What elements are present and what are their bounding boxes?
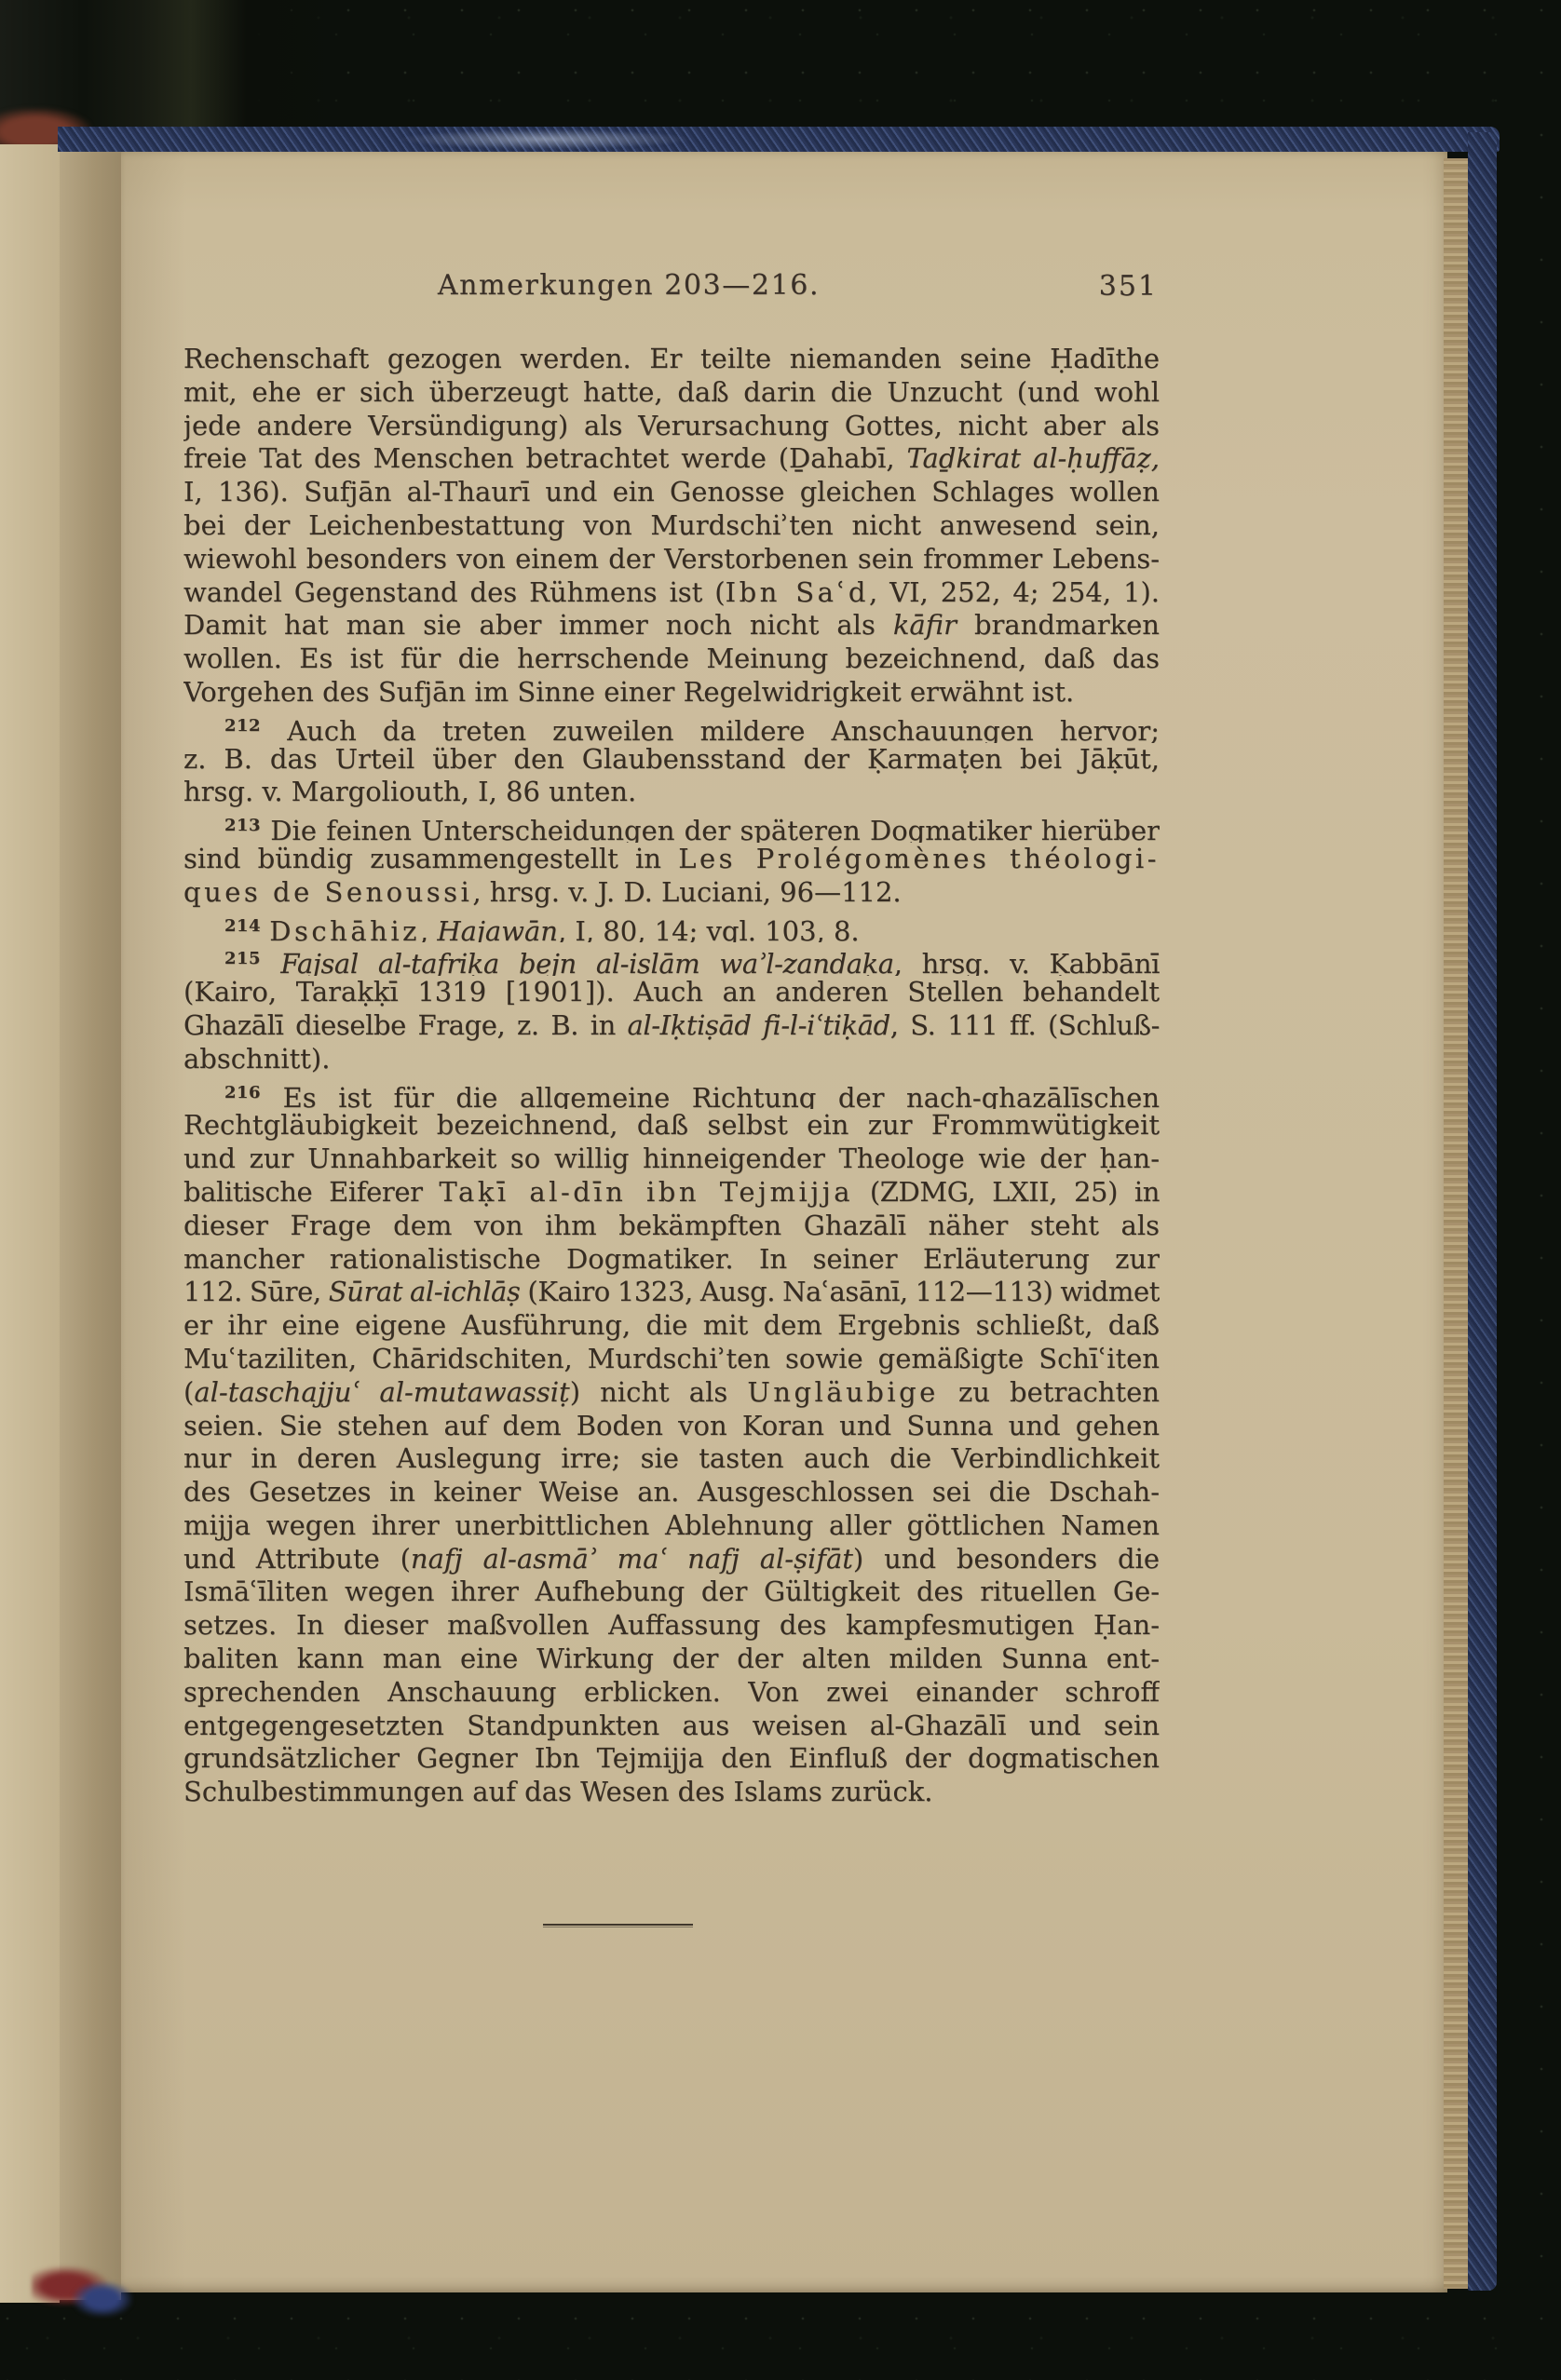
text-line: Rechenschaft gezogen werden. Er teilte n… bbox=[183, 343, 1160, 376]
text-segment: Rechtgläubigkeit bezeichnend, daß selbst… bbox=[183, 1109, 1160, 1141]
text-segment: Dschāḥiẓ bbox=[269, 915, 420, 943]
header-title: Anmerkungen 203—216. bbox=[141, 269, 1117, 302]
text-segment: Rechenschaft gezogen werden. Er teilte n… bbox=[183, 343, 1160, 374]
text-line: hrsg. v. Margoliouth, I, 86 unten. bbox=[183, 776, 1160, 809]
text-segment: entgegengesetzten Standpunkten aus weise… bbox=[183, 1710, 1160, 1741]
text-line: sind bündig zusammengestellt in Les Prol… bbox=[183, 843, 1160, 876]
text-line: Muʿtaziliten, Chāridschiten, Murdschiʾte… bbox=[183, 1343, 1160, 1376]
text-segment: Muʿtaziliten, Chāridschiten, Murdschiʾte… bbox=[183, 1343, 1160, 1374]
text-line: bei der Leichenbestattung von Murdschiʾt… bbox=[183, 509, 1160, 543]
text-segment: sprechenden Anschauung erblicken. Von zw… bbox=[183, 1676, 1160, 1708]
text-line: freie Tat des Menschen betrachtet werde … bbox=[183, 442, 1160, 476]
text-segment: Ibn Saʿd bbox=[726, 576, 869, 608]
text-segment: balitische Eiferer bbox=[183, 1176, 439, 1208]
text-line: er ihr eine eigene Ausführung, die mit d… bbox=[183, 1309, 1160, 1343]
text-segment: des Gesetzes in keiner Weise an. Ausgesc… bbox=[183, 1476, 1160, 1508]
text-segment: al-taschajjuʿ al-mutawassiṭ bbox=[194, 1376, 569, 1408]
text-segment: , hrsg. v. J. D. Luciani, 96—112. bbox=[472, 876, 901, 908]
text-segment: , I, 80, 14; vgl. 103, 8. bbox=[558, 915, 860, 943]
footnote-number: 215 bbox=[224, 949, 261, 968]
text-line: mijja wegen ihrer unerbittlichen Ablehnu… bbox=[183, 1509, 1160, 1543]
text-segment: al-Iḳtiṣād fi-l-iʿtiḳād bbox=[627, 1009, 889, 1041]
text-line: abschnitt). bbox=[183, 1043, 1160, 1076]
text-line: Rechtgläubigkeit bezeichnend, daß selbst… bbox=[183, 1109, 1160, 1143]
text-segment: brandmarken bbox=[957, 609, 1160, 641]
text-segment: (Kairo 1323, Ausg. Naʿasānī, 112—113) wi… bbox=[520, 1276, 1160, 1307]
text-line: 212 Auch da treten zuweilen mildere Ansc… bbox=[183, 710, 1160, 743]
text-segment: ques de Senoussi bbox=[183, 876, 472, 908]
text-segment: mit, ehe er sich überzeugt hatte, daß da… bbox=[183, 376, 1160, 408]
text-line: 216 Es ist für die allgemeine Richtung d… bbox=[183, 1076, 1160, 1110]
text-segment: ) und besonders die bbox=[853, 1543, 1160, 1575]
text-segment: wiewohl besonders von einem der Verstorb… bbox=[183, 543, 1160, 575]
text-line: wollen. Es ist für die herrschende Meinu… bbox=[183, 642, 1160, 676]
footnote-number: 212 bbox=[224, 716, 261, 736]
text-line: jede andere Versündigung) als Verursachu… bbox=[183, 410, 1160, 443]
text-segment: zu betrachten bbox=[939, 1376, 1160, 1408]
text-segment: mijja wegen ihrer unerbittlichen Ablehnu… bbox=[183, 1509, 1160, 1541]
text-line: und zur Unnahbarkeit so willig hinneigen… bbox=[183, 1143, 1160, 1176]
text-segment: und zur Unnahbarkeit so willig hinneigen… bbox=[183, 1143, 1160, 1174]
text-segment: mancher rationalistische Dogmatiker. In … bbox=[183, 1243, 1160, 1275]
text-segment: Damit hat man sie aber immer noch nicht … bbox=[183, 609, 893, 641]
text-segment: baliten kann man eine Wirkung der der al… bbox=[183, 1643, 1160, 1674]
section-divider bbox=[543, 1924, 693, 1927]
text-line: dieser Frage dem von ihm bekämpften Ghaz… bbox=[183, 1210, 1160, 1243]
page-number: 351 bbox=[1099, 270, 1158, 303]
text-segment: sind bündig zusammengestellt in bbox=[183, 843, 678, 874]
text-segment: z. B. das Urteil über den Glaubensstand … bbox=[183, 743, 1160, 775]
text-segment: freie Tat des Menschen betrachtet werde … bbox=[183, 442, 906, 474]
text-line: sprechenden Anschauung erblicken. Von zw… bbox=[183, 1676, 1160, 1710]
text-line: und Attribute (nafj al-asmāʾ maʿ nafj al… bbox=[183, 1543, 1160, 1576]
text-line: des Gesetzes in keiner Weise an. Ausgesc… bbox=[183, 1476, 1160, 1509]
book-scan-photo: { "scan": { "header": { "title": "Anmerk… bbox=[0, 0, 1561, 2380]
text-line: balitische Eiferer Taḳī al-dīn ibn Tejmi… bbox=[183, 1176, 1160, 1210]
text-line: wandel Gegenstand des Rühmens ist (Ibn S… bbox=[183, 576, 1160, 610]
text-segment: , VI, 252, 4; 254, 1). bbox=[869, 576, 1160, 608]
text-segment: abschnitt). bbox=[183, 1043, 330, 1075]
text-line: setzes. In dieser maßvollen Auffassung d… bbox=[183, 1609, 1160, 1643]
text-segment: und Attribute ( bbox=[183, 1543, 411, 1575]
text-segment: wandel Gegenstand des Rühmens ist ( bbox=[183, 576, 726, 608]
text-segment: Taḳī al-dīn ibn Tejmijja bbox=[439, 1176, 853, 1208]
text-segment: er ihr eine eigene Ausführung, die mit d… bbox=[183, 1309, 1160, 1341]
text-line: Ghazālī dieselbe Frage, z. B. in al-Iḳti… bbox=[183, 1009, 1160, 1043]
text-line: 214 Dschāḥiẓ, Ḥajawān, I, 80, 14; vgl. 1… bbox=[183, 910, 1160, 943]
text-segment: Ḥajawān bbox=[437, 915, 558, 943]
cloth-dust-patch bbox=[400, 129, 689, 149]
text-segment: Schulbestimmungen auf das Wesen des Isla… bbox=[183, 1776, 933, 1807]
text-segment: jede andere Versündigung) als Verursachu… bbox=[183, 410, 1160, 441]
text-segment: bei der Leichenbestattung von Murdschiʾt… bbox=[183, 509, 1160, 541]
text-line: z. B. das Urteil über den Glaubensstand … bbox=[183, 743, 1160, 777]
text-line: mancher rationalistische Dogmatiker. In … bbox=[183, 1243, 1160, 1277]
text-segment: Sūrat al-ichlāṣ bbox=[329, 1276, 521, 1307]
underlying-page-edge bbox=[0, 144, 60, 2303]
text-line: Ismāʿīliten wegen ihrer Aufhebung der Gü… bbox=[183, 1575, 1160, 1609]
text-segment: grundsätzlicher Gegner Ibn Tejmijja den … bbox=[183, 1742, 1160, 1774]
text-line: 112. Sūre, Sūrat al-ichlāṣ (Kairo 1323, … bbox=[183, 1276, 1160, 1309]
text-line: entgegengesetzten Standpunkten aus weise… bbox=[183, 1710, 1160, 1743]
cover-cloth-top-edge bbox=[58, 127, 1500, 152]
running-header: Anmerkungen 203—216. 351 bbox=[183, 269, 1160, 306]
text-segment: , bbox=[420, 915, 437, 943]
text-segment: setzes. In dieser maßvollen Auffassung d… bbox=[183, 1609, 1160, 1641]
text-segment: (Kairo, Taraḳḳī 1319 [1901]). Auch an an… bbox=[183, 976, 1160, 1007]
text-segment: ( bbox=[183, 1376, 194, 1408]
text-segment: ) nicht als bbox=[570, 1376, 748, 1408]
text-segment: Fajsal al-tafriḳa bejn al-islām waʾl-zan… bbox=[280, 948, 893, 976]
text-segment: nur in deren Auslegung irre; sie tasten … bbox=[183, 1442, 1160, 1474]
body-text: Rechenschaft gezogen werden. Er teilte n… bbox=[183, 343, 1160, 1809]
text-line: mit, ehe er sich überzeugt hatte, daß da… bbox=[183, 376, 1160, 410]
text-line: 215 Fajsal al-tafriḳa bejn al-islām waʾl… bbox=[183, 942, 1160, 976]
text-segment bbox=[261, 948, 280, 976]
text-segment: Die feinen Unterscheidungen der späteren… bbox=[261, 815, 1160, 843]
text-segment: hrsg. v. Margoliouth, I, 86 unten. bbox=[183, 776, 636, 807]
text-segment: Ungläubige bbox=[747, 1376, 939, 1408]
text-line: grundsätzlicher Gegner Ibn Tejmijja den … bbox=[183, 1742, 1160, 1776]
text-segment: Taḏkirat al-ḥuffāẓ, bbox=[906, 442, 1160, 474]
text-segment: , S. 111 ff. (Schluß- bbox=[890, 1009, 1160, 1041]
text-segment: Les Prolégomènes théologi- bbox=[678, 843, 1160, 874]
text-line: baliten kann man eine Wirkung der der al… bbox=[183, 1643, 1160, 1676]
footnote-number: 216 bbox=[224, 1083, 261, 1102]
text-line: Damit hat man sie aber immer noch nicht … bbox=[183, 609, 1160, 642]
text-segment: nafj al-asmāʾ maʿ nafj al-ṣifāt bbox=[411, 1543, 853, 1575]
cover-cloth-right-edge bbox=[1468, 132, 1497, 2291]
text-segment: I, 136). Sufjān al-Thaurī und ein Genoss… bbox=[183, 476, 1160, 507]
text-line: I, 136). Sufjān al-Thaurī und ein Genoss… bbox=[183, 476, 1160, 509]
text-segment: 112. Sūre, bbox=[183, 1276, 329, 1307]
text-line: (Kairo, Taraḳḳī 1319 [1901]). Auch an an… bbox=[183, 976, 1160, 1009]
text-line: Schulbestimmungen auf das Wesen des Isla… bbox=[183, 1776, 1160, 1809]
text-segment: , hrsg. v. Ḳabbānī bbox=[894, 948, 1160, 976]
marbled-edge-blue-mark bbox=[73, 2281, 132, 2317]
text-segment: seien. Sie stehen auf dem Boden von Kora… bbox=[183, 1410, 1160, 1441]
text-line: wiewohl besonders von einem der Verstorb… bbox=[183, 543, 1160, 576]
text-line: (al-taschajjuʿ al-mutawassiṭ) nicht als … bbox=[183, 1376, 1160, 1410]
page-gutter-shadow bbox=[60, 145, 121, 2300]
text-segment: Ismāʿīliten wegen ihrer Aufhebung der Gü… bbox=[183, 1575, 1160, 1607]
text-line: Vorgehen des Sufjān im Sinne einer Regel… bbox=[183, 676, 1160, 710]
text-segment: kāfir bbox=[893, 609, 957, 641]
footnote-number: 214 bbox=[224, 916, 261, 936]
text-segment: Es ist für die allgemeine Richtung der n… bbox=[261, 1082, 1160, 1110]
text-line: ques de Senoussi, hrsg. v. J. D. Luciani… bbox=[183, 876, 1160, 910]
text-segment: Ghazālī dieselbe Frage, z. B. in bbox=[183, 1009, 627, 1041]
text-segment: wollen. Es ist für die herrschende Meinu… bbox=[183, 642, 1160, 674]
text-segment bbox=[261, 915, 269, 943]
text-segment: Vorgehen des Sufjān im Sinne einer Regel… bbox=[183, 676, 1074, 708]
text-line: nur in deren Auslegung irre; sie tasten … bbox=[183, 1442, 1160, 1476]
text-segment: (ZDMG, LXII, 25) in bbox=[853, 1176, 1160, 1208]
footnote-number: 213 bbox=[224, 816, 261, 835]
text-line: 213 Die feinen Unterscheidungen der spät… bbox=[183, 809, 1160, 843]
page-block-edges bbox=[1444, 158, 1470, 2289]
text-segment: Auch da treten zuweilen mildere Anschauu… bbox=[261, 715, 1160, 743]
text-segment: dieser Frage dem von ihm bekämpften Ghaz… bbox=[183, 1210, 1160, 1241]
text-line: seien. Sie stehen auf dem Boden von Kora… bbox=[183, 1410, 1160, 1443]
